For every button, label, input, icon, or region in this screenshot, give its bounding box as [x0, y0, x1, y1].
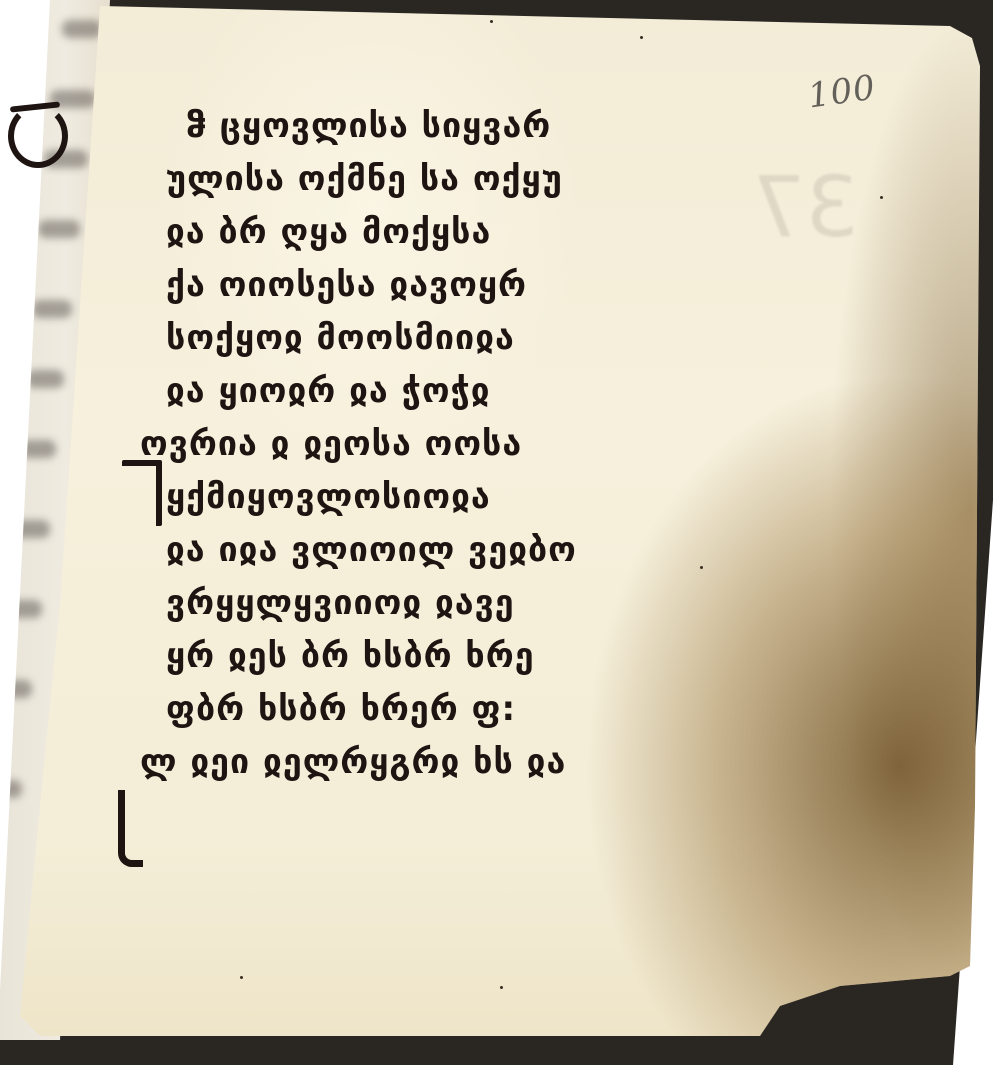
parchment-speck: [880, 196, 883, 199]
manuscript-line: ფბრ ხსბრ ხრერ ფ:: [130, 683, 770, 736]
manuscript-line: ყქმიყოვლოსიოჲა: [130, 471, 770, 524]
manuscript-line: ჵ ცყოვლისა სიყვარ: [130, 100, 770, 153]
manuscript-line: ჲა იჲა ვლიოილ ვეჲბო: [130, 524, 770, 577]
manuscript-line: ლ ჲეი ჲელრყგრჲ ხს ჲა: [130, 736, 770, 789]
margin-mark: [118, 790, 143, 867]
manuscript-line: ჲა ბრ ღყა მოქყსა: [130, 206, 770, 259]
manuscript-line: ოვრია ჲ ჲეოსა ოოსა: [130, 418, 770, 471]
parchment-speck: [490, 20, 493, 23]
blurred-text: [38, 220, 80, 238]
parchment-speck: [640, 36, 643, 39]
manuscript-line: სოქყოჲ მოოსმიიჲა: [130, 312, 770, 365]
manuscript-line: ვრყყლყვიიოჲ ჲავე: [130, 577, 770, 630]
parchment-speck: [240, 976, 243, 979]
manuscript-line: ქა ოიოსესა ჲავოყრ: [130, 259, 770, 312]
manuscript-line: ყრ ჲეს ბრ ხსბრ ხრე: [130, 630, 770, 683]
manuscript-line: ჲა ყიოჲრ ჲა ჭოჭჲ: [130, 365, 770, 418]
blurred-text: [26, 370, 64, 388]
manuscript-line: ულისა ოქმნე სა ოქყუ: [130, 153, 770, 206]
blurred-text: [62, 20, 102, 38]
manuscript-text-block: ჵ ცყოვლისა სიყვარ ულისა ოქმნე სა ოქყუ ჲა…: [130, 100, 770, 789]
blurred-text: [32, 300, 72, 318]
parchment-speck: [500, 986, 503, 989]
decorated-initial: [8, 104, 68, 168]
